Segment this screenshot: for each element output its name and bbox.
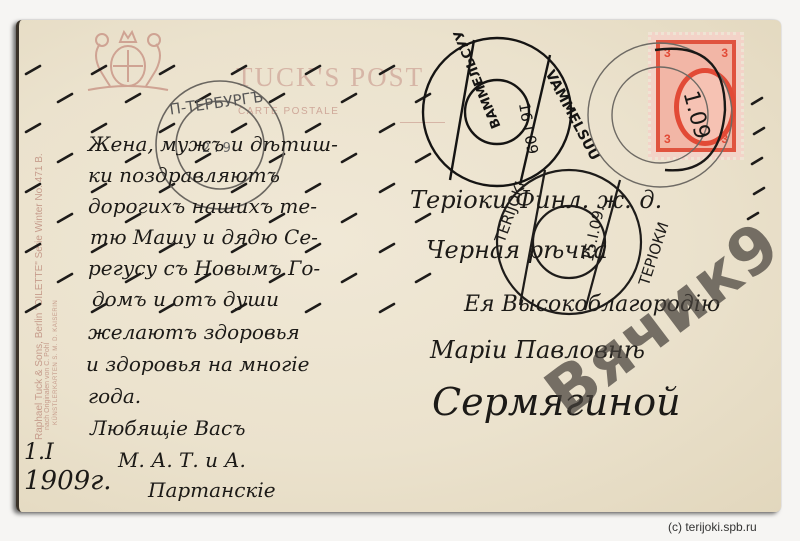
message-line: Партанскiе [148, 478, 276, 502]
stamp-value: 3 [721, 46, 728, 60]
publisher-title: TUCK'S POST [236, 62, 424, 93]
address-line-1: Терiоки Финл. ж. д. [410, 186, 662, 214]
stamp-value: 3 [664, 46, 671, 60]
address-line-2: Черная рѣчка [426, 236, 608, 264]
postage-stamp: 3 3 3 3 [648, 32, 744, 160]
divider-line [400, 122, 445, 123]
coat-of-arms-icon [78, 24, 178, 96]
message-line: ки поздравляютъ [88, 163, 280, 187]
stamp-value: 3 [664, 132, 671, 146]
message-line: Жена, мужъ и дѣтиш- [88, 132, 338, 156]
message-line: дорогихъ нашихъ те- [88, 194, 317, 218]
copyright-credit: (c) terijoki.spb.ru [668, 520, 757, 534]
message-line: домъ и отъ души [92, 287, 279, 311]
message-line: регусу съ Новымъ Го- [88, 256, 320, 280]
vertical-imprint-artist: nach Originalen von C. Pohl [44, 343, 51, 430]
message-line: желаютъ здоровья [88, 320, 300, 344]
message-line: М. А. Т. и А. [118, 448, 246, 472]
vertical-imprint-small: KÜNSTLERKARTEN S. M. D. KAISERIN [53, 300, 59, 425]
date-day: 1.I [24, 440, 54, 465]
message-line: тю Машу и дядю Се- [90, 225, 318, 249]
message-line: Любящiе Васъ [90, 416, 246, 440]
message-line: и здоровья на многiе [86, 352, 309, 376]
carte-postale-label: CARTE POSTALE [238, 106, 339, 117]
date-year: 1909г. [24, 466, 112, 496]
stamp-value: 3 [721, 132, 728, 146]
message-line: года. [88, 384, 141, 408]
